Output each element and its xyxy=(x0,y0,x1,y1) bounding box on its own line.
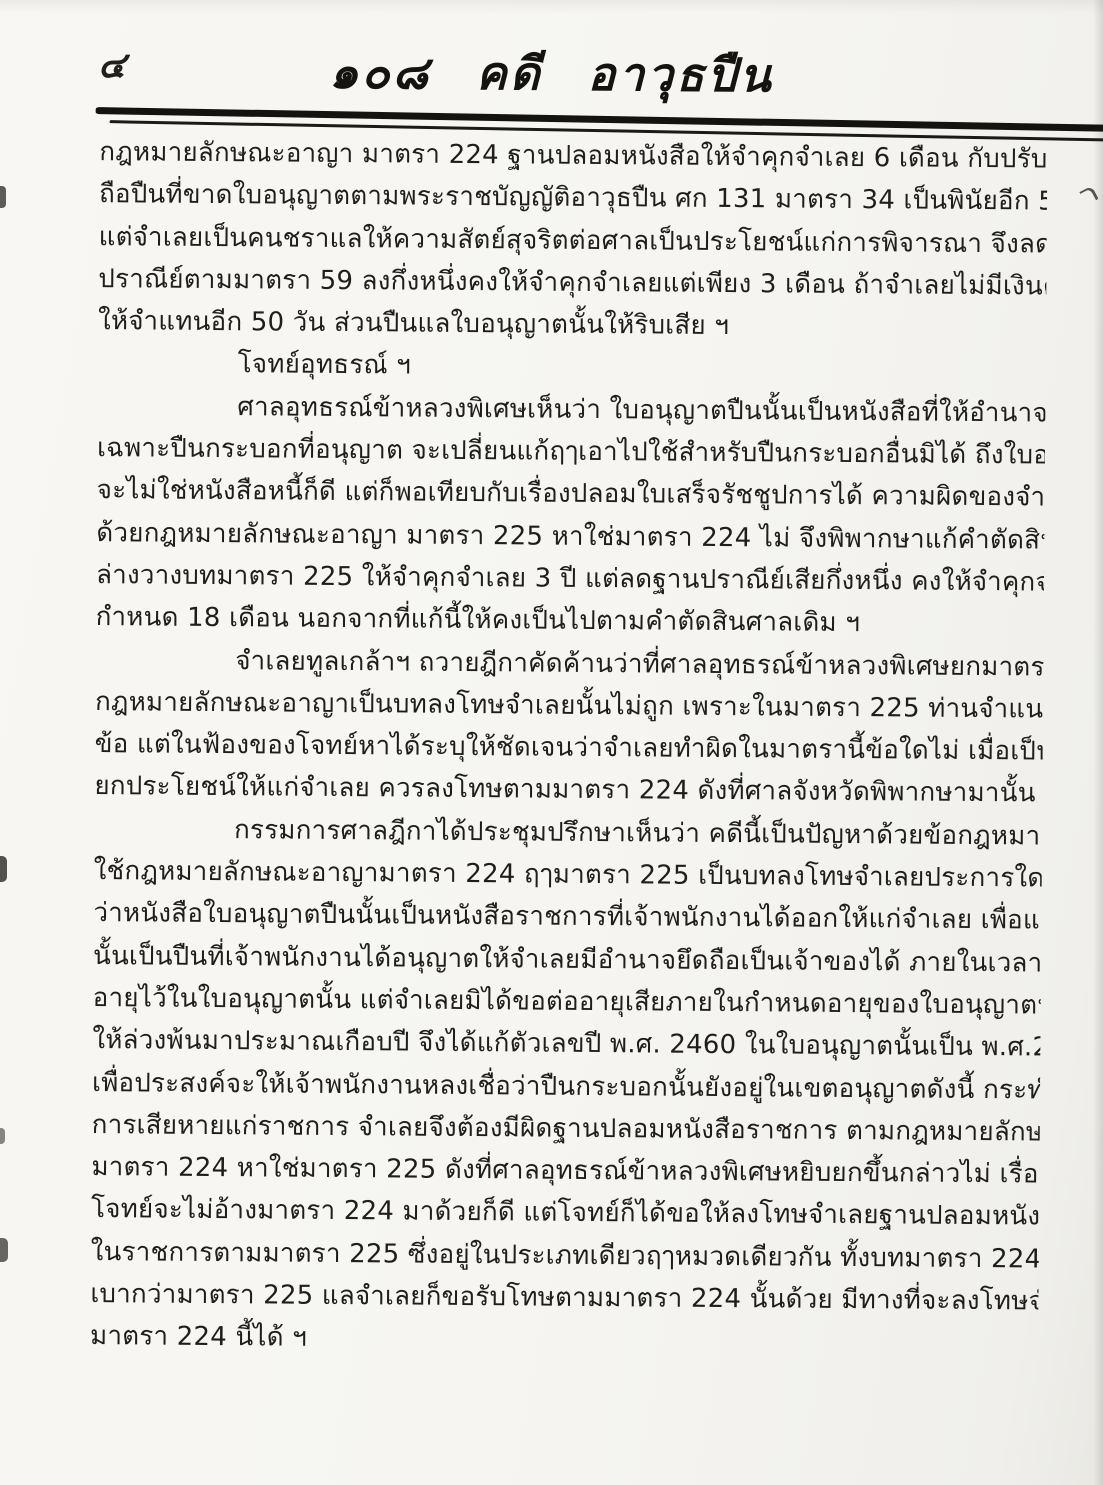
text-line: โจทย์จะไม่อ้างมาตรา 224 มาด้วยก็ดี แต่โจ… xyxy=(91,1188,1039,1238)
text-line: อายุไว้ในใบอนุญาตนั้น แต่จำเลยมิได้ขอต่อ… xyxy=(93,977,1041,1027)
scan-artifact-left-edge xyxy=(0,1238,8,1262)
text-line: ให้ล่วงพ้นมาประมาณเกือบปี จึงได้แก้ตัวเล… xyxy=(92,1019,1040,1069)
text-line: กฎหมายลักษณะอาญาเป็นบทลงโทษจำเลยนั้นไม่ถ… xyxy=(95,681,1043,731)
text-line: จะไม่ใช่หนังสือหนี้ก็ดี แต่ก็พอเทียบกับเ… xyxy=(97,469,1045,519)
text-line: ถือปืนที่ขาดใบอนุญาตตามพระราชบัญญัติอาวุ… xyxy=(99,173,1047,223)
scan-artifact-left-edge xyxy=(0,186,6,208)
text-line: เบากว่ามาตรา 225 แลจำเลยก็ขอรับโทษตามมาต… xyxy=(90,1273,1038,1323)
text-line: เพื่อประสงค์จะให้เจ้าพนักงานหลงเชื่อว่าป… xyxy=(92,1062,1040,1112)
text-line: ให้จำแทนอีก 50 วัน ส่วนปืนแลใบอนุญาตนั้น… xyxy=(98,300,1046,350)
text-line-appeal-heading: โจทย์อุทธรณ์ ฯ xyxy=(98,343,1046,393)
text-line: แต่จำเลยเป็นคนชราแลให้ความสัตย์สุจริตต่อ… xyxy=(99,216,1047,266)
text-line: ข้อ แต่ในฟ้องของโจทย์หาได้ระบุให้ชัดเจนว… xyxy=(95,723,1043,773)
document-body: กฎหมายลักษณะอาญา มาตรา 224 ฐานปลอมหนังสื… xyxy=(90,131,1048,1365)
text-line: ยกประโยชน์ให้แก่จำเลย ควรลงโทษตามมาตรา 2… xyxy=(94,766,1042,816)
text-line: ด้วยกฎหมายลักษณะอาญา มาตรา 225 หาใช่มาตร… xyxy=(96,512,1044,562)
text-line: กรรมการศาลฎีกาได้ประชุมปรึกษาเห็นว่า คดี… xyxy=(94,808,1042,858)
scan-artifact-left-edge xyxy=(0,1128,5,1144)
text-line: ศาลอุทธรณ์ข้าหลวงพิเศษเห็นว่า ใบอนุญาตปื… xyxy=(97,385,1045,435)
text-line: ในราชการตามมาตรา 225 ซึ่งอยู่ในประเภทเดี… xyxy=(91,1231,1039,1281)
text-line: ว่าหนังสือใบอนุญาตปืนนั้นเป็นหนังสือราชก… xyxy=(93,892,1041,942)
chapter-header-title: ๑๐๘ คดี อาวุธปืน xyxy=(0,33,1103,115)
text-line: ปราณีย์ตามมาตรา 59 ลงกึ่งหนึ่งคงให้จำคุก… xyxy=(98,258,1046,308)
text-line: กำหนด 18 เดือน นอกจากที่แก้นี้ให้คงเป็นไ… xyxy=(96,596,1044,646)
text-line: มาตรา 224 หาใช่มาตรา 225 ดังที่ศาลอุทธรณ… xyxy=(91,1146,1039,1196)
scanned-page: ๔ ๑๐๘ คดี อาวุธปืน กฎหมายลักษณะอาญา มาตร… xyxy=(0,0,1103,1485)
scan-content: ๔ ๑๐๘ คดี อาวุธปืน กฎหมายลักษณะอาญา มาตร… xyxy=(0,0,1103,1485)
text-line: ใช้กฎหมายลักษณะอาญามาตรา 224 ฤๅมาตรา 225… xyxy=(94,850,1042,900)
text-line: มาตรา 224 นี้ได้ ฯ xyxy=(90,1315,1038,1365)
text-line: จำเลยทูลเกล้าฯ ถวายฎีกาคัดค้านว่าที่ศาลอ… xyxy=(95,639,1043,689)
text-line: การเสียหายแก่ราชการ จำเลยจึงต้องมีผิดฐาน… xyxy=(92,1104,1040,1154)
text-line: ล่างวางบทมาตรา 225 ให้จำคุกจำเลย 3 ปี แต… xyxy=(96,554,1044,604)
text-line: เฉพาะปืนกระบอกที่อนุญาต จะเปลี่ยนแก้ฤๅเอ… xyxy=(97,427,1045,477)
text-line: กฎหมายลักษณะอาญา มาตรา 224 ฐานปลอมหนังสื… xyxy=(99,131,1047,181)
text-line: นั้นเป็นปืนที่เจ้าพนักงานได้อนุญาตให้จำเ… xyxy=(93,935,1041,985)
scan-artifact-left-edge xyxy=(0,856,7,882)
